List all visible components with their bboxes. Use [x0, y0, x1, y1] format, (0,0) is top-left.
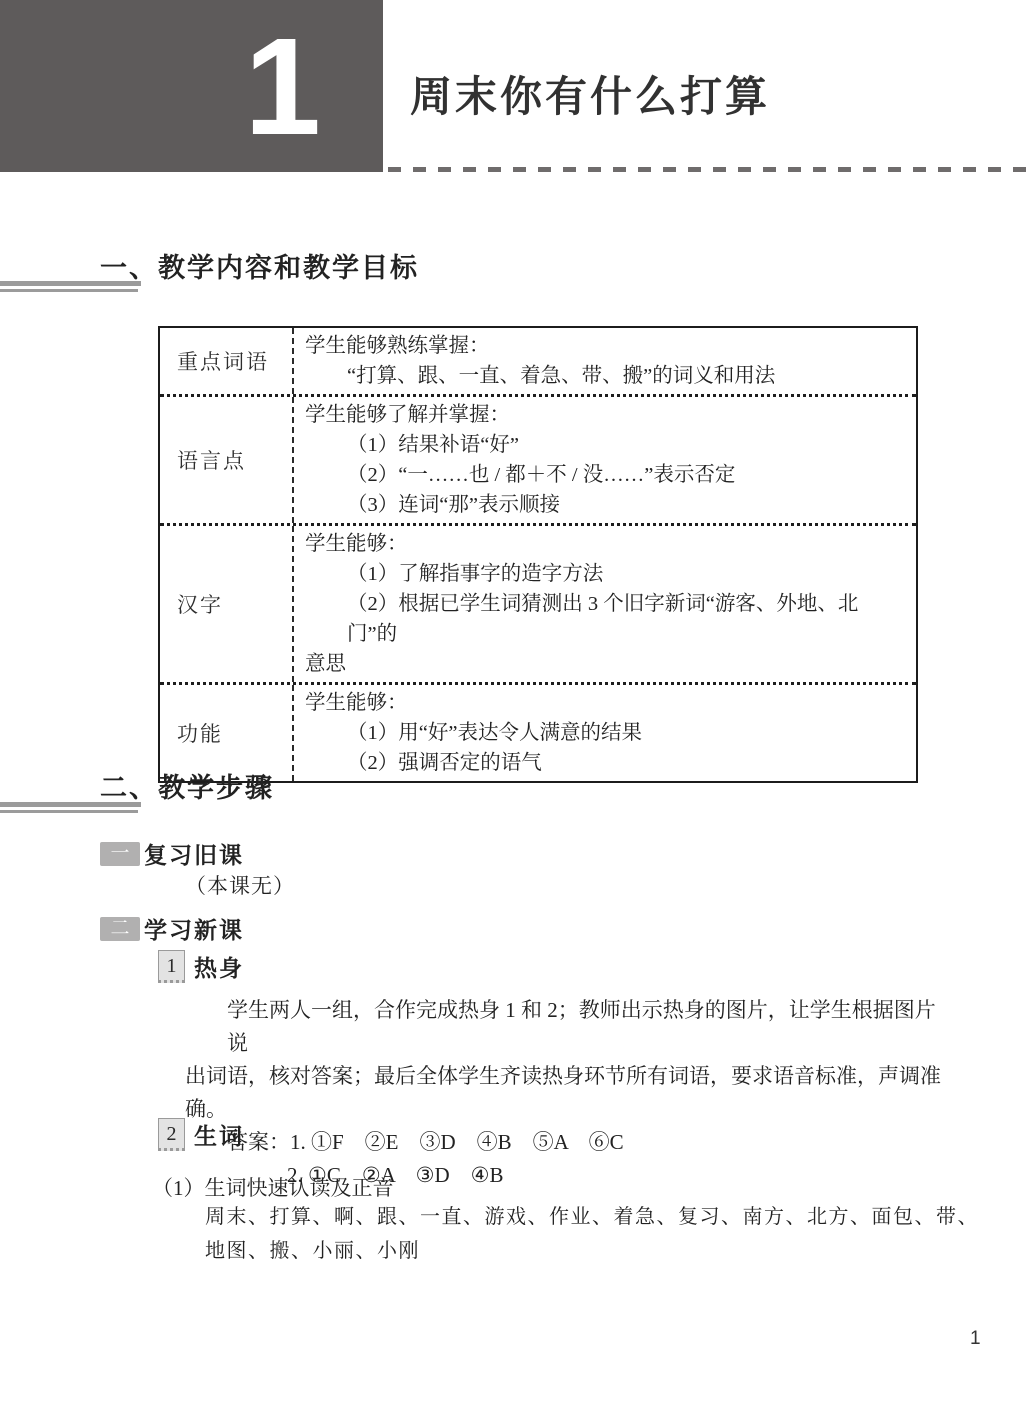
substep-warmup: 1 热身 [158, 950, 244, 983]
objectives-row-content: 学生能够：（1）了解指事字的造字方法（2）根据已学生词猜测出 3 个旧字新词“游… [292, 526, 916, 682]
section-1-rule-thick [0, 281, 141, 286]
objectives-row-label: 重点词语 [160, 328, 292, 394]
section-1-heading: 一、教学内容和教学目标 [100, 246, 419, 285]
lesson-number: 1 [244, 18, 321, 156]
section-1-rule-thin [0, 289, 138, 292]
substep-2-badge: 2 [158, 1118, 185, 1151]
step-one-note: （本课无） [185, 870, 295, 900]
objectives-content-line: （1）结果补语“好” [305, 430, 908, 460]
objectives-content-line: （1）用“好”表达令人满意的结果 [305, 718, 908, 748]
objectives-content-line: 学生能够： [305, 688, 908, 718]
section-2-rule-thin [0, 810, 138, 813]
header-dashed-rule [388, 167, 1034, 172]
section-2-heading: 二、教学步骤 [100, 766, 274, 805]
objectives-content-line: “打算、跟、一直、着急、带、搬”的词义和用法 [305, 361, 908, 391]
objectives-content-line: 意思 [305, 649, 908, 679]
substep-1-title: 热身 [194, 950, 244, 983]
objectives-content-line: 学生能够了解并掌握： [305, 400, 908, 430]
objectives-content-line: （2）根据已学生词猜测出 3 个旧字新词“游客、外地、北门”的 [305, 589, 908, 649]
objectives-content-line: （1）了解指事字的造字方法 [305, 559, 908, 589]
lesson-title: 周末你有什么打算 [410, 64, 770, 124]
step-two-badge: 二 [100, 917, 140, 941]
step-one-badge: 一 [100, 842, 140, 866]
warmup-paragraph: 学生两人一组，合作完成热身 1 和 2；教师出示热身的图片，让学生根据图片说出词… [185, 994, 955, 1192]
step-one-title: 复习旧课 [144, 837, 244, 870]
warmup-paragraph-line: 学生两人一组，合作完成热身 1 和 2；教师出示热身的图片，让学生根据图片说 [185, 994, 955, 1060]
objectives-row-label: 语言点 [160, 397, 292, 523]
new-words-line: 周末、打算、啊、跟、一直、游戏、作业、着急、复习、南方、北方、面包、带、 [205, 1200, 965, 1234]
objectives-content-line: （3）连词“那”表示顺接 [305, 490, 908, 520]
objectives-table-row: 语言点学生能够了解并掌握：（1）结果补语“好”（2）“一……也 / 都＋不 / … [160, 394, 916, 523]
step-two-title: 学习新课 [144, 912, 244, 945]
substep-1-badge: 1 [158, 950, 185, 983]
warmup-paragraph-line: 出词语，核对答案；最后全体学生齐读热身环节所有词语，要求语音标准，声调准确。 [185, 1060, 955, 1126]
section-2-rule-thick [0, 802, 141, 807]
substep-2-title: 生词 [194, 1118, 244, 1151]
objectives-row-label: 汉字 [160, 526, 292, 682]
objectives-content-line: 学生能够熟练掌握： [305, 331, 908, 361]
objectives-content-line: （2）“一……也 / 都＋不 / 没……”表示否定 [305, 460, 908, 490]
page-number: 1 [970, 1328, 981, 1350]
substep-new-words: 2 生词 [158, 1118, 244, 1151]
objectives-table-row: 重点词语学生能够熟练掌握：“打算、跟、一直、着急、带、搬”的词义和用法 [160, 328, 916, 394]
new-words-line: 地图、搬、小丽、小刚 [205, 1234, 965, 1268]
objectives-table-row: 汉字学生能够：（1）了解指事字的造字方法（2）根据已学生词猜测出 3 个旧字新词… [160, 523, 916, 682]
new-words-item-label: （1）生词快速认读及正音 [152, 1172, 394, 1202]
objectives-content-line: （2）强调否定的语气 [305, 748, 908, 778]
step-learn-new-lesson: 二 学习新课 [100, 912, 244, 945]
objectives-table: 重点词语学生能够熟练掌握：“打算、跟、一直、着急、带、搬”的词义和用法语言点学生… [158, 326, 918, 783]
document-page: 1 周末你有什么打算 一、教学内容和教学目标 重点词语学生能够熟练掌握：“打算、… [0, 0, 1034, 1401]
warmup-paragraph-line: 答案：1. ①F ②E ③D ④B ⑤A ⑥C [185, 1126, 955, 1159]
objectives-row-content: 学生能够：（1）用“好”表达令人满意的结果（2）强调否定的语气 [292, 685, 916, 781]
lesson-number-block: 1 [0, 0, 383, 172]
objectives-row-content: 学生能够熟练掌握：“打算、跟、一直、着急、带、搬”的词义和用法 [292, 328, 916, 394]
objectives-row-content: 学生能够了解并掌握：（1）结果补语“好”（2）“一……也 / 都＋不 / 没……… [292, 397, 916, 523]
new-words-list: 周末、打算、啊、跟、一直、游戏、作业、着急、复习、南方、北方、面包、带、地图、搬… [205, 1200, 965, 1268]
step-review-old-lesson: 一 复习旧课 [100, 837, 244, 870]
objectives-content-line: 学生能够： [305, 529, 908, 559]
